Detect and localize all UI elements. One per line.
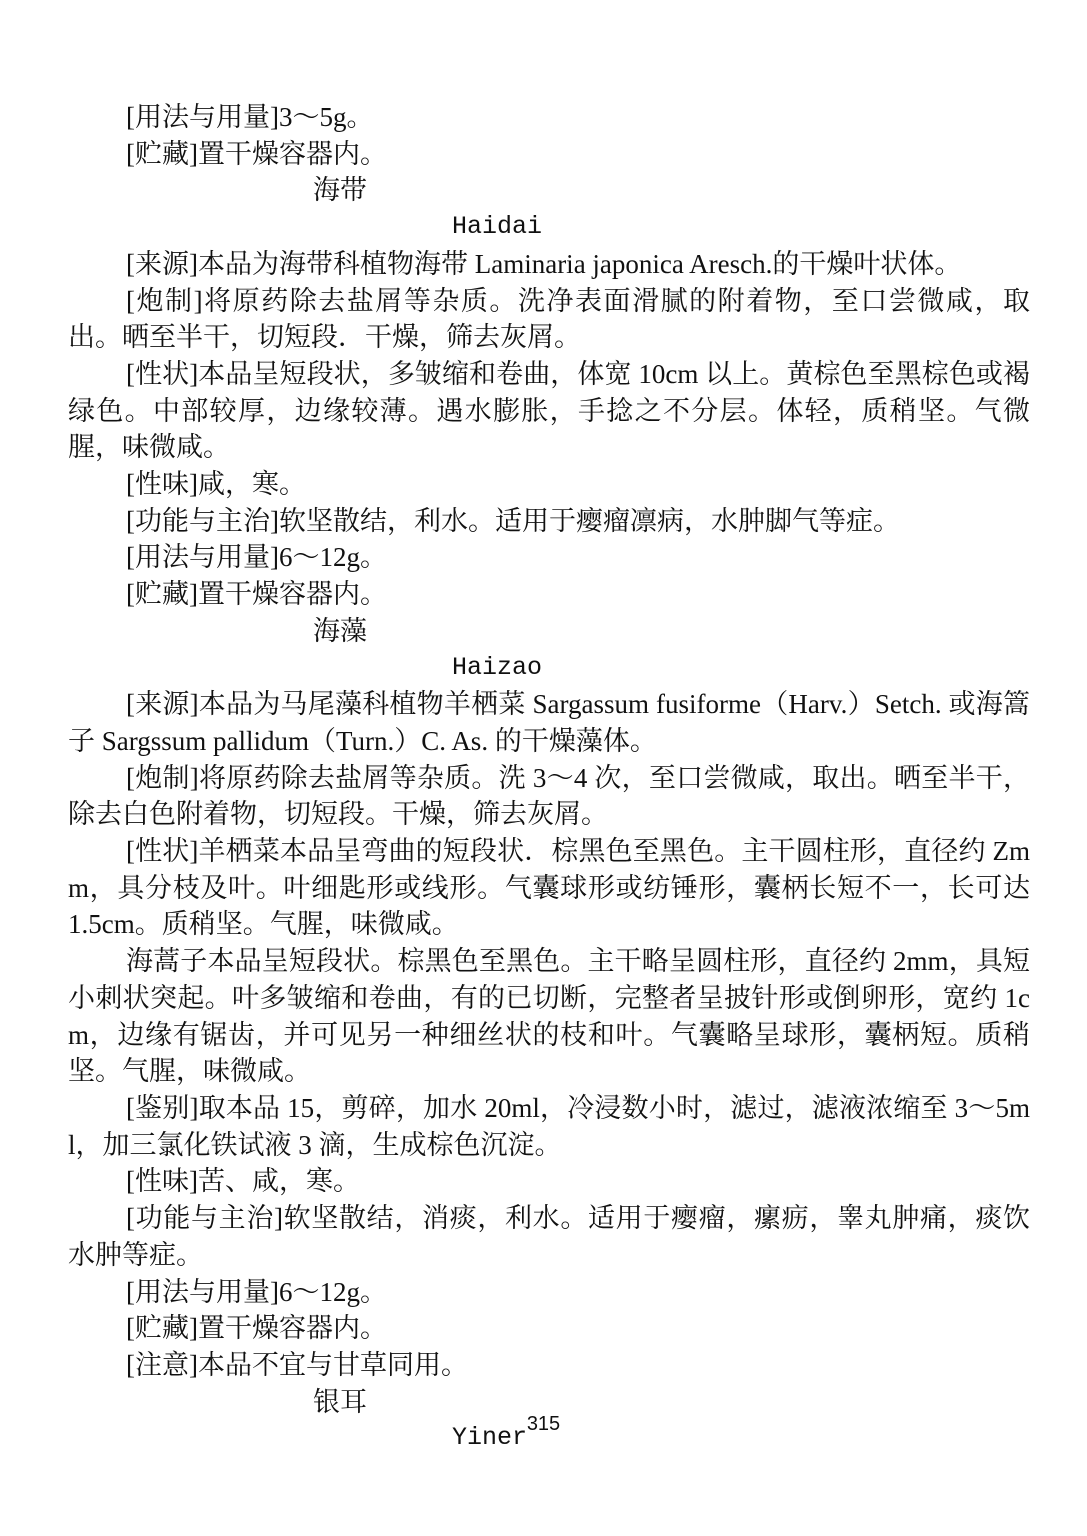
- haidai-processing: [炮制]将原药除去盐屑等杂质。洗净表面滑腻的附着物，至口尝微咸，取出。晒至半干，…: [68, 283, 1030, 356]
- haidai-source: [来源]本品为海带科植物海带 Laminaria japonica Aresch…: [68, 246, 1030, 283]
- haidai-properties: [性状]本品呈短段状，多皱缩和卷曲，体宽 10cm 以上。黄棕色至黑棕色或褐绿色…: [68, 356, 1030, 466]
- page-number: 315: [0, 1413, 1087, 1436]
- prev-entry-usage-dosage: [用法与用量]3～5g。: [68, 99, 1030, 136]
- document-page: [用法与用量]3～5g。 [贮藏]置干燥容器内。 海带 Haidai [来源]本…: [68, 99, 1030, 1457]
- haizao-title-cn: 海藻: [68, 613, 1030, 650]
- haizao-properties-yangqicai: [性状]羊栖菜本品呈弯曲的短段状．棕黑色至黑色。主干圆柱形，直径约 Zmm，具分…: [68, 833, 1030, 943]
- haizao-identification: [鉴别]取本品 15，剪碎，加水 20ml，冷浸数小时，滤过，滤液浓缩至 3～5…: [68, 1090, 1030, 1163]
- haizao-storage: [贮藏]置干燥容器内。: [68, 1310, 1030, 1347]
- haidai-taste: [性味]咸，寒。: [68, 466, 1030, 503]
- haizao-source: [来源]本品为马尾藻科植物羊栖菜 Sargassum fusiforme（Har…: [68, 686, 1030, 759]
- haizao-processing: [炮制]将原药除去盐屑等杂质。洗 3～4 次，至口尝微咸，取出。晒至半干，除去白…: [68, 760, 1030, 833]
- haidai-title-pinyin: Haidai: [68, 209, 1030, 246]
- prev-entry-storage: [贮藏]置干燥容器内。: [68, 136, 1030, 173]
- haidai-storage: [贮藏]置干燥容器内。: [68, 576, 1030, 613]
- haidai-functions: [功能与主治]软坚散结，利水。适用于瘿瘤凛病，水肿脚气等症。: [68, 503, 1030, 540]
- haizao-functions: [功能与主治]软坚散结，消痰，利水。适用于瘿瘤，瘰疬，睾丸肿痛，痰饮水肿等症。: [68, 1200, 1030, 1273]
- haizao-properties-haigaozi: 海蒿子本品呈短段状。棕黑色至黑色。主干略呈圆柱形，直径约 2mm，具短小刺状突起…: [68, 943, 1030, 1090]
- haidai-title-cn: 海带: [68, 172, 1030, 209]
- haizao-title-pinyin: Haizao: [68, 650, 1030, 687]
- haidai-usage-dosage: [用法与用量]6～12g。: [68, 539, 1030, 576]
- haizao-taste: [性味]苦、咸，寒。: [68, 1163, 1030, 1200]
- haizao-caution: [注意]本品不宜与甘草同用。: [68, 1347, 1030, 1384]
- haizao-usage-dosage: [用法与用量]6～12g。: [68, 1274, 1030, 1311]
